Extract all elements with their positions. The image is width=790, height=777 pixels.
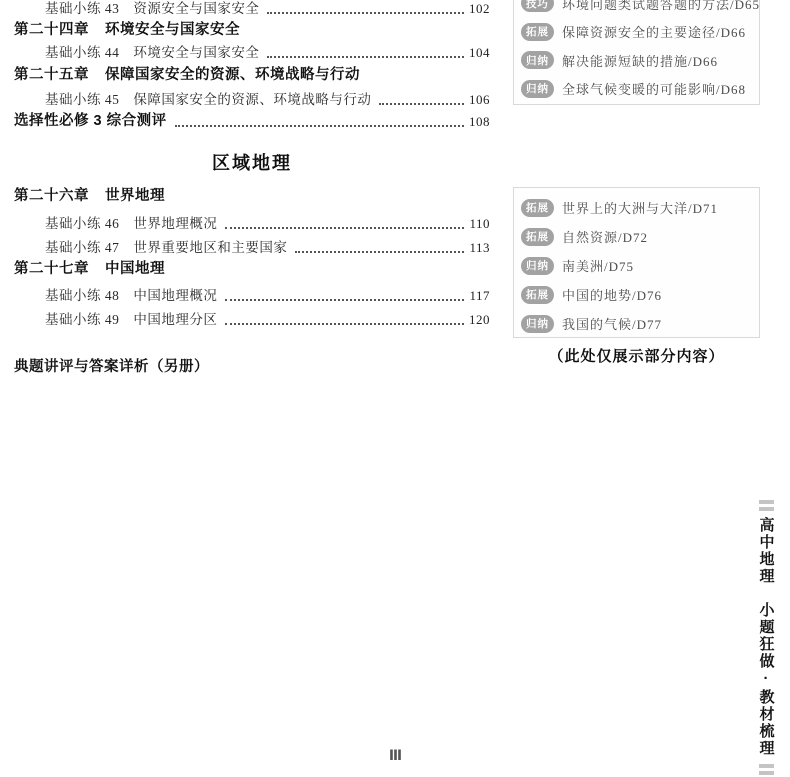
dot-leader — [267, 12, 464, 14]
tag-badge: 归纳 — [521, 51, 554, 69]
toc-row: 基础小练 43 资源安全与国家安全 102 — [45, 0, 490, 17]
reference-item: 归纳 我国的气候/D77 — [521, 309, 755, 338]
toc-item-label: 基础小练 47 — [45, 239, 119, 256]
reference-box-1: 技巧 环境问题类试题答题的方法/D65 拓展 保障资源安全的主要途径/D66 归… — [513, 0, 760, 105]
toc-chapter-label: 第二十六章 — [14, 188, 89, 205]
reference-item: 拓展 保障资源安全的主要途径/D66 — [521, 18, 755, 47]
toc-item-label: 基础小练 45 — [45, 91, 119, 108]
reference-item: 归纳 解决能源短缺的措施/D66 — [521, 46, 755, 75]
toc-row: 基础小练 45 保障国家安全的资源、环境战略与行动 106 — [45, 91, 490, 108]
toc-chapter-label: 第二十五章 — [14, 67, 89, 84]
toc-page-number: 117 — [469, 287, 490, 304]
book-spine: 高中地理 小题狂做·教材梳理 — [752, 498, 780, 776]
toc-chapter-title: 保障国家安全的资源、环境战略与行动 — [105, 67, 360, 84]
toc-item-title: 世界地理概况 — [133, 215, 217, 232]
toc-item-title: 资源安全与国家安全 — [133, 0, 259, 17]
tag-badge: 拓展 — [521, 23, 554, 41]
toc-item-label: 基础小练 44 — [45, 44, 119, 61]
toc-chapter-label: 第二十四章 — [14, 22, 89, 39]
toc-item-title: 中国地理分区 — [133, 311, 217, 328]
toc-row: 选择性必修 3 综合测评 108 — [14, 113, 490, 130]
reference-item: 技巧 环境问题类试题答题的方法/D65 — [521, 0, 755, 18]
book-title-vertical: 高中地理 小题狂做·教材梳理 — [756, 517, 777, 757]
reference-text: 自然资源/D72 — [562, 227, 648, 246]
toc-item-label: 基础小练 43 — [45, 0, 119, 17]
spine-mark-icon — [759, 764, 774, 768]
reference-text: 世界上的大洲与大洋/D71 — [562, 198, 718, 217]
tag-badge: 拓展 — [521, 286, 554, 304]
reference-item: 拓展 世界上的大洲与大洋/D71 — [521, 193, 755, 222]
toc-row: 基础小练 48 中国地理概况 117 — [45, 287, 490, 304]
toc-page-number: 102 — [469, 0, 490, 17]
reference-text: 环境问题类试题答题的方法/D65 — [562, 0, 760, 13]
toc-item-label: 选择性必修 3 综合测评 — [14, 113, 167, 130]
dot-leader — [225, 299, 464, 301]
toc-item-label: 基础小练 49 — [45, 311, 119, 328]
partial-content-caption: （此处仅展示部分内容） — [513, 345, 760, 366]
toc-page-number: 113 — [469, 239, 490, 256]
reference-text: 南美洲/D75 — [562, 256, 634, 275]
toc-row: 基础小练 46 世界地理概况 110 — [45, 215, 490, 232]
dot-leader — [225, 227, 464, 229]
reference-text: 全球气候变暖的可能影响/D68 — [562, 79, 746, 98]
toc-item-label: 基础小练 46 — [45, 215, 119, 232]
reference-text: 保障资源安全的主要途径/D66 — [562, 22, 746, 41]
reference-text: 解决能源短缺的措施/D66 — [562, 51, 718, 70]
toc-item-title: 环境安全与国家安全 — [133, 44, 259, 61]
toc-page-number: 108 — [469, 113, 490, 130]
dot-leader — [175, 125, 464, 127]
toc-page-number: 110 — [469, 215, 490, 232]
toc-chapter-row: 第二十六章 世界地理 — [14, 188, 490, 205]
section-heading: 区域地理 — [14, 149, 490, 175]
reference-item: 拓展 自然资源/D72 — [521, 222, 755, 251]
dot-leader — [379, 103, 464, 105]
toc-chapter-title: 环境安全与国家安全 — [105, 22, 240, 39]
reference-item: 拓展 中国的地势/D76 — [521, 280, 755, 309]
toc-chapter-row: 第二十四章 环境安全与国家安全 — [14, 22, 490, 39]
toc-chapter-label: 第二十七章 — [14, 261, 89, 278]
toc-page-number: 104 — [469, 44, 490, 61]
toc-item-label: 基础小练 48 — [45, 287, 119, 304]
reference-text: 中国的地势/D76 — [562, 285, 662, 304]
dot-leader — [295, 251, 464, 253]
dot-leader — [267, 56, 464, 58]
tag-badge: 技巧 — [521, 0, 554, 12]
toc-item-title: 保障国家安全的资源、环境战略与行动 — [133, 91, 371, 108]
reference-item: 归纳 南美洲/D75 — [521, 251, 755, 280]
toc-page-number: 106 — [469, 91, 490, 108]
tag-badge: 拓展 — [521, 199, 554, 217]
tag-badge: 归纳 — [521, 80, 554, 98]
toc-row: 基础小练 47 世界重要地区和主要国家 113 — [45, 239, 490, 256]
toc-chapter-title: 中国地理 — [105, 261, 165, 278]
toc-chapter-row: 第二十七章 中国地理 — [14, 261, 490, 278]
reference-text: 我国的气候/D77 — [562, 314, 662, 333]
toc-page-number: 120 — [469, 311, 490, 328]
toc-chapter-row: 第二十五章 保障国家安全的资源、环境战略与行动 — [14, 67, 490, 84]
spine-mark-icon — [759, 500, 774, 504]
spine-mark-icon — [759, 771, 774, 775]
answer-book-note: 典题讲评与答案详析（另册） — [14, 355, 209, 376]
reference-item: 归纳 全球气候变暖的可能影响/D68 — [521, 75, 755, 104]
spine-mark-icon — [759, 507, 774, 511]
tag-badge: 拓展 — [521, 228, 554, 246]
page-number: Ⅲ — [0, 747, 790, 764]
table-of-contents-regional: 第二十六章 世界地理 基础小练 46 世界地理概况 110 基础小练 47 世界… — [14, 188, 490, 588]
tag-badge: 归纳 — [521, 315, 554, 333]
dot-leader — [225, 323, 464, 325]
toc-row: 基础小练 49 中国地理分区 120 — [45, 311, 490, 328]
tag-badge: 归纳 — [521, 257, 554, 275]
reference-box-2: 拓展 世界上的大洲与大洋/D71 拓展 自然资源/D72 归纳 南美洲/D75 … — [513, 187, 760, 338]
toc-row: 基础小练 44 环境安全与国家安全 104 — [45, 44, 490, 61]
toc-chapter-title: 世界地理 — [105, 188, 165, 205]
toc-item-title: 世界重要地区和主要国家 — [133, 239, 287, 256]
toc-item-title: 中国地理概况 — [133, 287, 217, 304]
